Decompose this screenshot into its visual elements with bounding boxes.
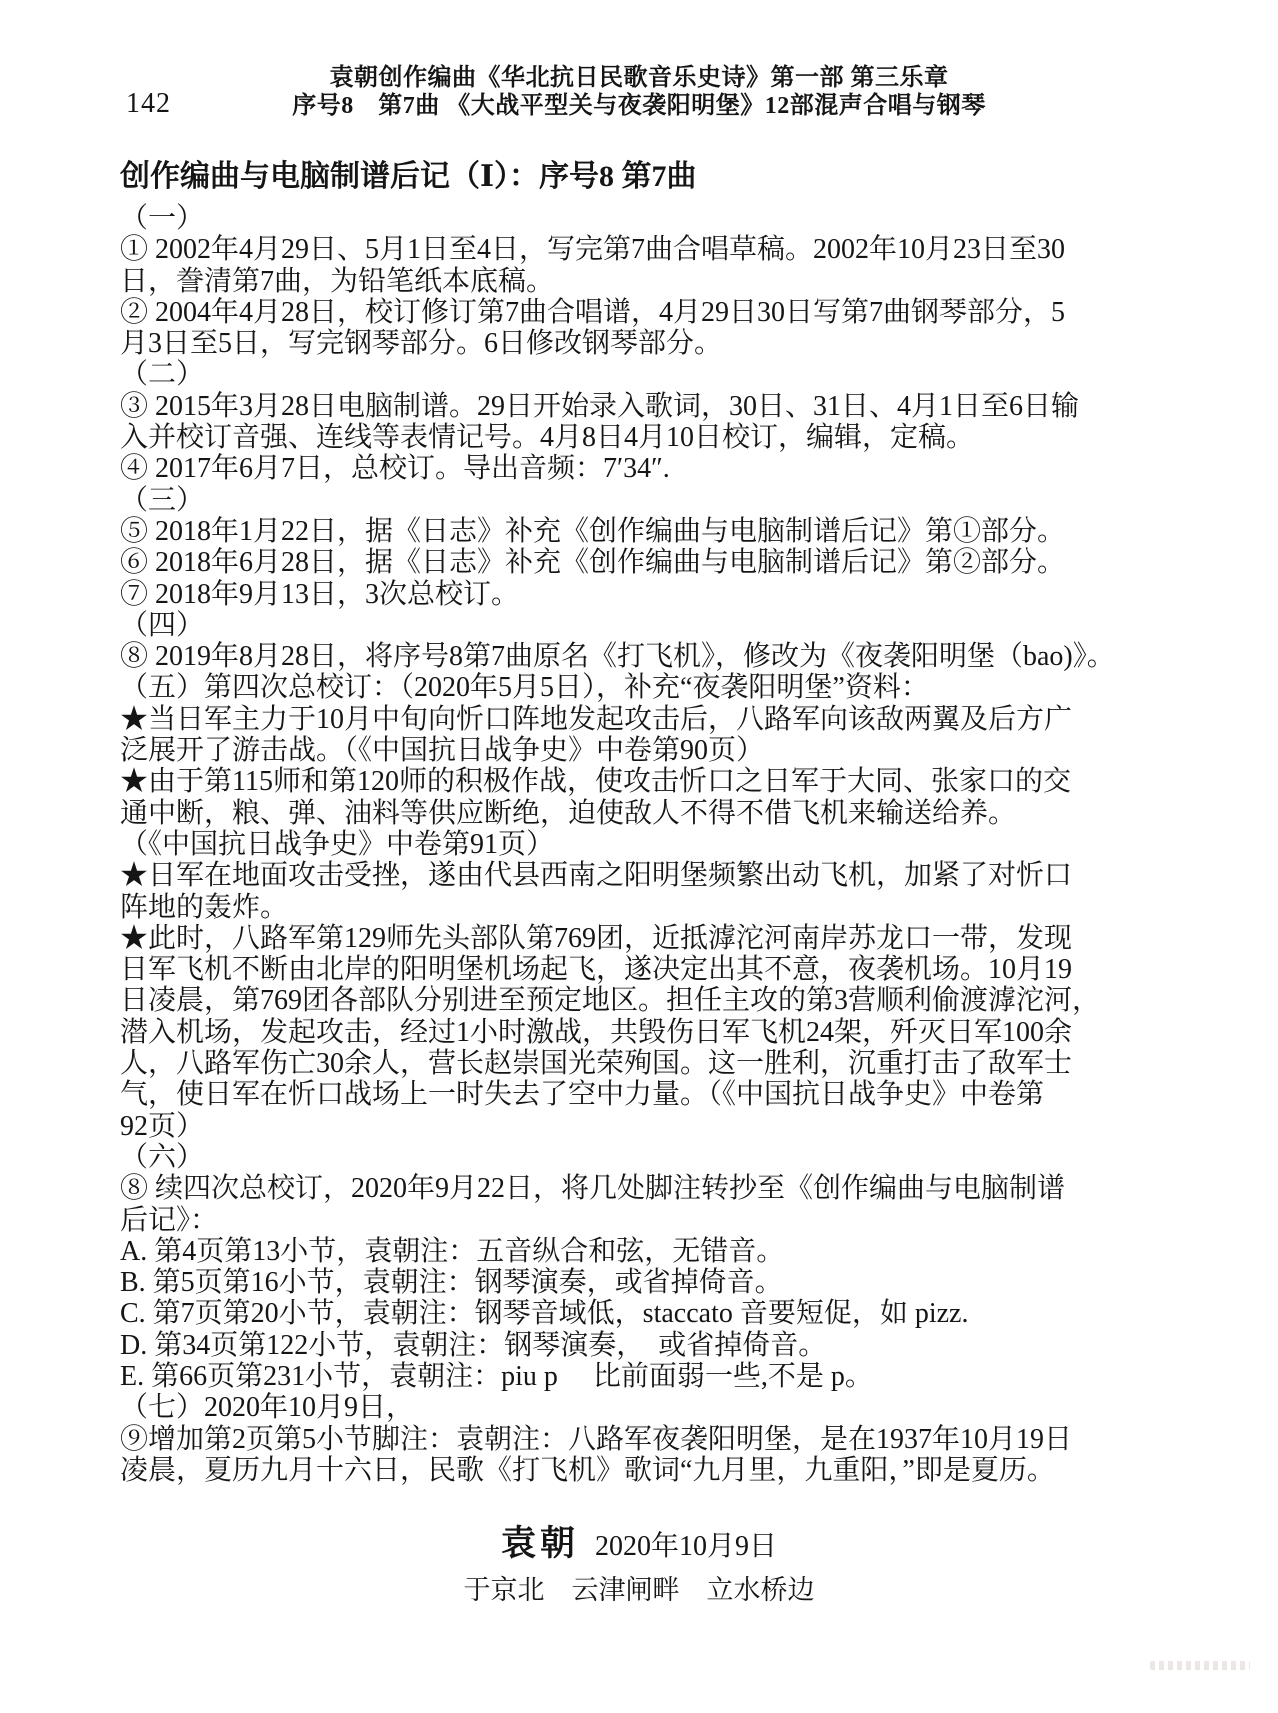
running-header: 袁朝创作编曲《华北抗日民歌音乐史诗》第一部 第三乐章 序号8 第7曲 《大战平型… (0, 64, 1278, 120)
body-line: ⑦ 2018年9月13日，3次总校订。 (120, 579, 1180, 610)
body-line: 潜入机场，发起攻击，经过1小时激战，共毁伤日军飞机24架，歼灭日军100余 (120, 1017, 1180, 1048)
author-name: 袁朝 (501, 1524, 579, 1563)
body-line: ★当日军主力于10月中旬向忻口阵地发起攻击后，八路军向该敌两翼及后方广 (120, 704, 1180, 735)
running-header-line2: 序号8 第7曲 《大战平型关与夜袭阳明堡》12部混声合唱与钢琴 (0, 92, 1278, 120)
signature-block: 袁朝 2020年10月9日 于京北 云津闸畔 立水桥边 (0, 1524, 1278, 1607)
body-line: 92页） (120, 1111, 1180, 1142)
body-line: ★由于第115师和第120师的积极作战，使攻击忻口之日军于大同、张家口的交 (120, 766, 1180, 797)
signature-date: 2020年10月9日 (595, 1531, 777, 1562)
body-line: C. 第7页第20小节，袁朝注：钢琴音域低，staccato 音要短促，如 pi… (120, 1298, 1180, 1329)
body-line: 气，使日军在忻口战场上一时失去了空中力量。（《中国抗日战争史》中卷第 (120, 1079, 1180, 1110)
body-line: 日，誊清第7曲，为铅笔纸本底稿。 (120, 266, 1180, 297)
body-line: 日凌晨，第769团各部队分别进至预定地区。担任主攻的第3营顺利偷渡滹沱河， (120, 985, 1180, 1016)
body-line: （六） (120, 1142, 1180, 1173)
body-line: 阵地的轰炸。 (120, 892, 1180, 923)
main-text-block: 创作编曲与电脑制谱后记（Ⅰ）：序号8 第7曲 （一）① 2002年4月29日、5… (120, 160, 1180, 1486)
body-line: B. 第5页第16小节，袁朝注：钢琴演奏，或省掉倚音。 (120, 1267, 1180, 1298)
body-text: （一）① 2002年4月29日、5月1日至4日，写完第7曲合唱草稿。2002年1… (120, 203, 1180, 1486)
body-line: ★日军在地面攻击受挫，遂由代县西南之阳明堡频繁出动飞机，加紧了对忻口 (120, 860, 1180, 891)
signature-line: 袁朝 2020年10月9日 (0, 1524, 1278, 1571)
body-line: ⑥ 2018年6月28日，据《日志》补充《创作编曲与电脑制谱后记》第②部分。 (120, 547, 1180, 578)
body-line: 通中断，粮、弹、油料等供应断绝，迫使敌人不得不借飞机来输送给养。 (120, 798, 1180, 829)
body-line: 日军飞机不断由北岸的阳明堡机场起飞，遂决定出其不意，夜袭机场。10月19 (120, 954, 1180, 985)
watermark-smudge (1150, 1661, 1250, 1670)
body-line: 泛展开了游击战。（《中国抗日战争史》中卷第90页） (120, 735, 1180, 766)
body-line: A. 第4页第13小节，袁朝注：五音纵合和弦，无错音。 (120, 1236, 1180, 1267)
body-line: （二） (120, 359, 1180, 390)
body-line: D. 第34页第122小节，袁朝注：钢琴演奏， 或省掉倚音。 (120, 1330, 1180, 1361)
body-line: ★此时，八路军第129师先头部队第769团，近抵滹沱河南岸苏龙口一带，发现 (120, 923, 1180, 954)
body-line: 后记》： (120, 1205, 1180, 1236)
body-line: （《中国抗日战争史》中卷第91页） (120, 829, 1180, 860)
body-line: 入并校订音强、连线等表情记号。4月8日4月10日校订，编辑，定稿。 (120, 422, 1180, 453)
running-header-line1: 袁朝创作编曲《华北抗日民歌音乐史诗》第一部 第三乐章 (0, 64, 1278, 92)
section-title: 创作编曲与电脑制谱后记（Ⅰ）：序号8 第7曲 (120, 160, 1180, 194)
body-line: ④ 2017年6月7日，总校订。导出音频：7′34″. (120, 453, 1180, 484)
body-line: 月3日至5日，写完钢琴部分。6日修改钢琴部分。 (120, 328, 1180, 359)
body-line: E. 第66页第231小节，袁朝注：piu p 比前面弱一些,不是 p。 (120, 1361, 1180, 1392)
body-line: （三） (120, 485, 1180, 516)
body-line: ⑨增加第2页第5小节脚注：袁朝注：八路军夜袭阳明堡，是在1937年10月19日 (120, 1424, 1180, 1455)
body-line: ⑧ 2019年8月28日，将序号8第7曲原名《打飞机》，修改为《夜袭阳明堡（ba… (120, 641, 1180, 672)
body-line: （七）2020年10月9日， (120, 1392, 1180, 1423)
document-page: 142 袁朝创作编曲《华北抗日民歌音乐史诗》第一部 第三乐章 序号8 第7曲 《… (0, 0, 1278, 1713)
body-line: （四） (120, 610, 1180, 641)
signature-place: 于京北 云津闸畔 立水桥边 (0, 1573, 1278, 1607)
body-line: ① 2002年4月29日、5月1日至4日，写完第7曲合唱草稿。2002年10月2… (120, 234, 1180, 265)
body-line: （一） (120, 203, 1180, 234)
body-line: 凌晨，夏历九月十六日，民歌《打飞机》歌词“九月里，九重阳，”即是夏历。 (120, 1455, 1180, 1486)
body-line: （五）第四次总校订：（2020年5月5日），补充“夜袭阳明堡”资料： (120, 672, 1180, 703)
body-line: ⑤ 2018年1月22日，据《日志》补充《创作编曲与电脑制谱后记》第①部分。 (120, 516, 1180, 547)
body-line: ⑧ 续四次总校订，2020年9月22日，将几处脚注转抄至《创作编曲与电脑制谱 (120, 1173, 1180, 1204)
body-line: ③ 2015年3月28日电脑制谱。29日开始录入歌词，30日、31日、4月1日至… (120, 391, 1180, 422)
body-line: ② 2004年4月28日，校订修订第7曲合唱谱，4月29日30日写第7曲钢琴部分… (120, 297, 1180, 328)
body-line: 人，八路军伤亡30余人，营长赵崇国光荣殉国。这一胜利，沉重打击了敌军士 (120, 1048, 1180, 1079)
